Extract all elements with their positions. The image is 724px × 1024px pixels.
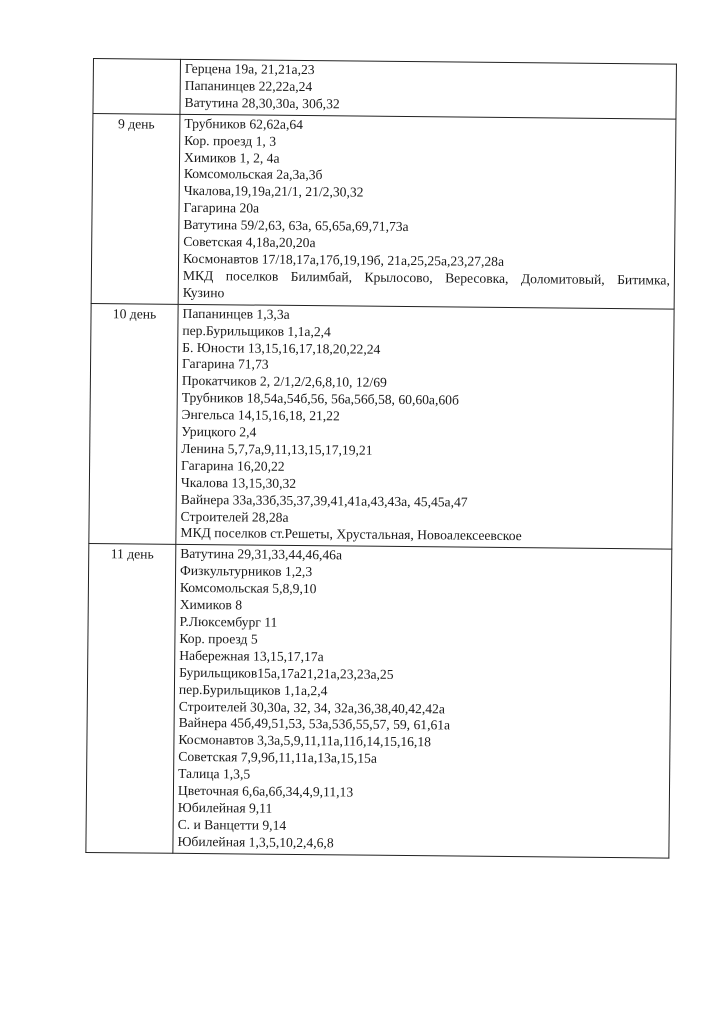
- address-line: Юбилейная 1,3,5,10,2,4,6,8: [177, 834, 668, 856]
- addresses-cell: Герцена 19а, 21,21а,23Папанинцев 22,22а,…: [180, 59, 677, 118]
- day-cell: 10 день: [89, 303, 178, 545]
- addresses-cell: Трубников 62,62а,64Кор. проезд 1, 3Химик…: [178, 114, 676, 309]
- table-row: 10 деньПапанинцев 1,3,3апер.Бурильщиков …: [89, 303, 674, 549]
- address-line: Ватутина 28,30,30а, 30б,32: [184, 95, 675, 117]
- address-line: МКД поселков ст.Решеты, Хрустальная, Нов…: [180, 525, 671, 547]
- day-cell: 11 день: [86, 544, 176, 853]
- address-line: МКД поселков Билимбай, Крылосово, Вересо…: [183, 268, 674, 307]
- day-cell: 9 день: [91, 113, 180, 304]
- table-row: 11 деньВатутина 29,31,33,44,46,46аФизкул…: [86, 544, 672, 858]
- scanned-page: Герцена 19а, 21,21а,23Папанинцев 22,22а,…: [0, 0, 724, 1024]
- addresses-cell: Папанинцев 1,3,3апер.Бурильщиков 1,1а,2,…: [176, 304, 674, 549]
- schedule-table: Герцена 19а, 21,21а,23Папанинцев 22,22а,…: [85, 58, 677, 858]
- day-cell: [93, 59, 181, 115]
- addresses-cell: Ватутина 29,31,33,44,46,46аФизкультурник…: [173, 545, 672, 858]
- table-row: Герцена 19а, 21,21а,23Папанинцев 22,22а,…: [93, 59, 676, 119]
- schedule-table-container: Герцена 19а, 21,21а,23Папанинцев 22,22а,…: [85, 58, 677, 858]
- table-row: 9 деньТрубников 62,62а,64Кор. проезд 1, …: [91, 113, 676, 309]
